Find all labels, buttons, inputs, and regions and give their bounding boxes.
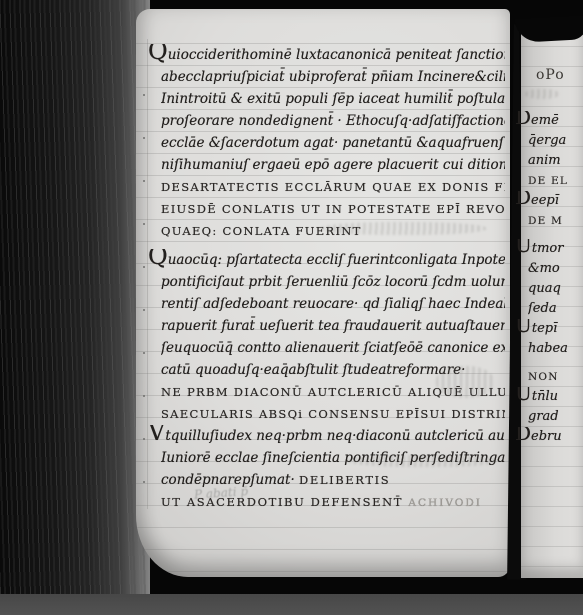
text-line: rentiſ adſedeboant reuocare· qd ſialiqſ … — [161, 293, 505, 315]
pricking-dot — [143, 137, 145, 139]
text-line: ſeuquocūq̄ contto alienauerit ſciatſeōē … — [161, 337, 505, 359]
text-line: ſeda — [528, 299, 583, 319]
text-line: habea — [528, 339, 583, 359]
faint-annotation-fragment: ACHIVODI — [403, 497, 482, 509]
text-line: pontificiſaut prbit ſeruenliū ſcōz locor… — [161, 271, 505, 293]
rubric-capitals-line: SAECULARIS ABSQi CONSENSU EPĪSUI DISTRIN… — [161, 403, 505, 425]
right-text-block: Demē q̄erga anim DE EL Deepī DE M Utmor … — [528, 111, 583, 447]
pricking-dot — [143, 266, 145, 268]
text-line: rapuerit furat̄ ueſuerit tea fraudauerit… — [161, 315, 505, 337]
text-line: anim — [528, 151, 583, 171]
text-line: Quaocūq: pſartatecta eccliſ fuerintconli… — [148, 249, 505, 271]
pricking-dot — [143, 180, 145, 182]
rubric-capitals-line: DE M — [528, 211, 583, 231]
text-line: Quiocciderithominē luxtacanonicā penitea… — [148, 44, 505, 66]
text-line: grad — [528, 407, 583, 427]
pricking-dot — [143, 94, 145, 96]
rubric-capitals-line: DE EL — [528, 171, 583, 191]
text-line: q̄erga — [528, 131, 583, 151]
rubric-capitals-line: EIUSDĒ CONLATIS UT IN POTESTATE EPĪ REVO… — [161, 198, 505, 220]
show-through-smudge — [321, 222, 486, 235]
show-through-smudge — [436, 366, 494, 398]
text-line: Inintroitū & exitū populi ſēp iaceat hum… — [161, 88, 505, 110]
text-line: proſeorare nondedignent̄ · Ethocuſq·adſa… — [161, 110, 505, 132]
rubric-capitals-line: DESARTATECTIS ECCLĀRUM QUAE EX DONIS FIU… — [161, 176, 505, 198]
manuscript-photograph: Quiocciderithominē luxtacanonicā penitea… — [0, 0, 583, 615]
rubric-capitals-line: NON — [528, 367, 583, 387]
pricking-dot — [143, 481, 145, 483]
text-line: Utn̄lu — [515, 387, 583, 407]
pricking-dot — [143, 309, 145, 311]
rubric-capitals-fragment: DELIBERTIS — [299, 473, 390, 487]
text-line: &mo — [528, 259, 583, 279]
pricking-dot — [143, 395, 145, 397]
pricking-dot — [143, 438, 145, 440]
main-text-block: Quiocciderithominē luxtacanonicā penitea… — [148, 44, 505, 513]
text-line: ecclāe &ſacerdotum agat· panetantū &aqua… — [161, 132, 505, 154]
show-through-smudge — [348, 455, 498, 467]
text-line: Utepī — [515, 319, 583, 339]
text-line: Utmor — [515, 239, 583, 259]
text-line: niſihumaniuſ ergaeū epō agere placuerit … — [161, 154, 505, 176]
text-line: Deepī — [515, 191, 583, 211]
text-line: Debru — [515, 427, 583, 447]
pricking-dot — [143, 352, 145, 354]
left-page: Quiocciderithominē luxtacanonicā penitea… — [136, 9, 510, 577]
show-through-smudge — [525, 89, 559, 99]
book-spine-page-edges — [0, 0, 150, 594]
right-page-sliver: oPo Demē q̄erga anim DE EL Deepī DE M Ut… — [521, 27, 583, 578]
text-line: abecclapriuſpiciat̄ ubiproferat̄ pn̄iam … — [161, 66, 505, 88]
ink-annotation: oPo — [536, 67, 565, 83]
photo-bottom-strip — [0, 594, 583, 615]
text-line: Demē — [515, 111, 583, 131]
text-line: quaq — [528, 279, 583, 299]
pricking-dot — [143, 223, 145, 225]
text-line: Vtquilluſiudex neq·prbm neq·diaconū autc… — [148, 425, 505, 447]
